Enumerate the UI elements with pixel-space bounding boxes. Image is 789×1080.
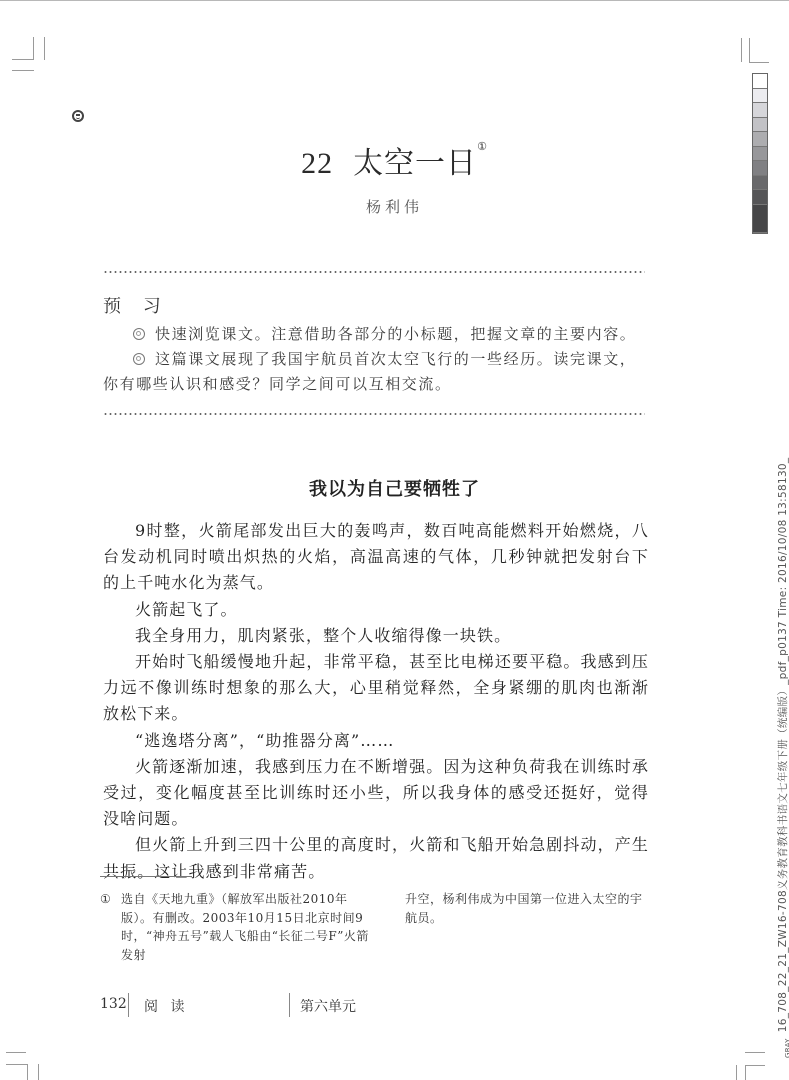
dotted-divider	[103, 271, 645, 273]
crop-mark	[745, 1065, 746, 1080]
dotted-divider	[103, 413, 645, 415]
footnote-mark: ①	[100, 890, 111, 909]
crop-mark	[38, 1064, 39, 1080]
crop-mark	[33, 37, 34, 60]
footnote-rule	[100, 876, 192, 877]
paragraph: 9时整，火箭尾部发出巨大的轰鸣声，数百吨高能燃料开始燃烧，八台发动机同时喷出炽热…	[103, 518, 649, 597]
author-name: 杨利伟	[0, 196, 789, 217]
paragraph: 火箭起飞了。	[103, 597, 649, 623]
lesson-title: 22太空一日①	[0, 138, 789, 182]
paragraph: 我全身用力，肌肉紧张，整个人收缩得像一块铁。	[103, 623, 649, 649]
footnote-right-column: 升空，杨利伟成为中国第一位进入太空的宇航员。	[405, 890, 650, 927]
crop-mark	[749, 38, 750, 62]
double-circle-bullet-icon	[133, 328, 145, 340]
crop-mark	[6, 1052, 26, 1053]
scan-top-edge	[0, 0, 789, 1]
footer-separator	[128, 993, 129, 1017]
preview-heading: 预 习	[103, 292, 169, 318]
lesson-title-text: 太空一日	[353, 146, 477, 181]
crop-mark	[12, 59, 34, 60]
crop-mark	[749, 62, 769, 63]
print-slug: GRAY16_708_22_21_ZW16-708义务教育教科书语文七年级下册（…	[775, 458, 789, 1040]
preview-item: 这篇课文展现了我国宇航员首次太空飞行的一些经历。读完课文，你有哪些认识和感受？同…	[103, 347, 647, 397]
crop-mark	[736, 1065, 737, 1080]
crop-mark	[44, 37, 45, 60]
crop-mark	[6, 1064, 28, 1065]
paragraph: 火箭逐渐加速，我感到压力在不断增强。因为这种负荷我在训练时承受过，变化幅度甚至比…	[103, 754, 649, 833]
article-body: 9时整，火箭尾部发出巨大的轰鸣声，数百吨高能燃料开始燃烧，八台发动机同时喷出炽热…	[103, 518, 649, 885]
crop-mark	[741, 38, 742, 62]
preview-item: 快速浏览课文。注意借助各部分的小标题，把握文章的主要内容。	[103, 322, 647, 347]
color-tag: GRAY	[784, 1038, 789, 1058]
crop-mark	[27, 1064, 28, 1080]
paragraph: “逃逸塔分离”，“助推器分离”……	[103, 728, 649, 754]
footnote-text: 选自《天地九重》（解放军出版社2010年版）。有删改。2003年10月15日北京…	[100, 890, 375, 964]
double-circle-bullet-icon	[133, 353, 145, 365]
footnote-left-column: ① 选自《天地九重》（解放军出版社2010年版）。有删改。2003年10月15日…	[100, 890, 375, 964]
paragraph: 开始时飞船缓慢地升起，非常平稳，甚至比电梯还要平稳。我感到压力远不像训练时想象的…	[103, 649, 649, 728]
footer-separator	[289, 993, 290, 1017]
footer-unit-label: 第六单元	[300, 996, 356, 1016]
crop-mark	[745, 1052, 765, 1053]
slug-text: 16_708_22_21_ZW16-708义务教育教科书语文七年级下册（统编版）…	[777, 458, 789, 1033]
crop-mark	[745, 1065, 765, 1066]
footnote-ref[interactable]: ①	[477, 140, 488, 153]
page-number: 132	[100, 996, 127, 1012]
crop-mark	[12, 70, 34, 71]
section-heading: 我以为自己要牺牲了	[0, 475, 789, 501]
preview-list: 快速浏览课文。注意借助各部分的小标题，把握文章的主要内容。 这篇课文展现了我国宇…	[103, 322, 647, 397]
footer-section-label: 阅 读	[144, 996, 188, 1016]
lesson-number: 22	[301, 147, 333, 180]
smiley-face-icon	[72, 110, 84, 122]
